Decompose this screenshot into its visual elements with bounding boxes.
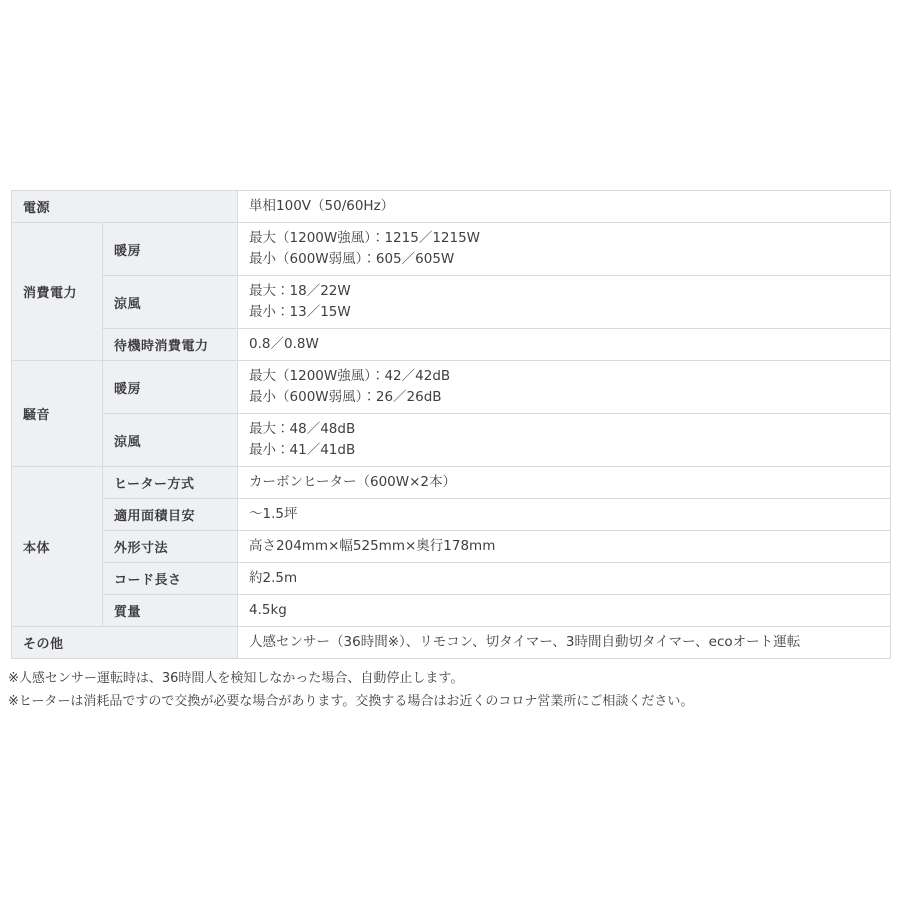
value-line: 最小（600W弱風）：605／605W — [249, 249, 880, 270]
value-line: 最小（600W弱風）：26／26dB — [249, 387, 880, 408]
row-value: 0.8／0.8W — [238, 329, 891, 361]
value-line: ～1.5坪 — [249, 504, 880, 525]
row-value: ～1.5坪 — [238, 499, 891, 531]
row-sub-label: 質量 — [103, 595, 238, 627]
page: 電源 単相100V（50/60Hz） 消費電力 暖房 最大（1200W強風）：1… — [0, 0, 900, 900]
row-group-label: 騒音 — [12, 361, 103, 467]
table-row: 涼風 最大：48／48dB 最小：41／41dB — [12, 414, 891, 467]
row-value: 4.5kg — [238, 595, 891, 627]
table-row: コード長さ 約2.5m — [12, 563, 891, 595]
row-value: カーボンヒーター（600W×2本） — [238, 467, 891, 499]
table-row: 質量 4.5kg — [12, 595, 891, 627]
row-sub-label: 暖房 — [103, 223, 238, 276]
value-line: 最大：48／48dB — [249, 419, 880, 440]
row-value: 最大：18／22W 最小：13／15W — [238, 276, 891, 329]
row-value: 約2.5m — [238, 563, 891, 595]
row-value: 最大（1200W強風）：1215／1215W 最小（600W弱風）：605／60… — [238, 223, 891, 276]
row-group-label: 電源 — [12, 191, 238, 223]
value-line: 4.5kg — [249, 600, 880, 621]
value-line: 約2.5m — [249, 568, 880, 589]
value-line: 0.8／0.8W — [249, 334, 880, 355]
value-line: 単相100V（50/60Hz） — [249, 196, 880, 217]
table-row: 外形寸法 高さ204mm×幅525mm×奥行178mm — [12, 531, 891, 563]
row-sub-label: 暖房 — [103, 361, 238, 414]
table-row: 消費電力 暖房 最大（1200W強風）：1215／1215W 最小（600W弱風… — [12, 223, 891, 276]
value-line: 最大：18／22W — [249, 281, 880, 302]
row-group-label: 本体 — [12, 467, 103, 627]
value-line: 最大（1200W強風）：1215／1215W — [249, 228, 880, 249]
row-sub-label: 外形寸法 — [103, 531, 238, 563]
spec-table-container: 電源 単相100V（50/60Hz） 消費電力 暖房 最大（1200W強風）：1… — [11, 190, 890, 659]
row-value: 最大（1200W強風）：42／42dB 最小（600W弱風）：26／26dB — [238, 361, 891, 414]
row-sub-label: ヒーター方式 — [103, 467, 238, 499]
value-line: 高さ204mm×幅525mm×奥行178mm — [249, 536, 880, 557]
table-row: 本体 ヒーター方式 カーボンヒーター（600W×2本） — [12, 467, 891, 499]
row-group-label: その他 — [12, 627, 238, 659]
row-value: 高さ204mm×幅525mm×奥行178mm — [238, 531, 891, 563]
row-sub-label: 適用面積目安 — [103, 499, 238, 531]
table-row: その他 人感センサー（36時間※）、リモコン、切タイマー、3時間自動切タイマー、… — [12, 627, 891, 659]
table-row: 騒音 暖房 最大（1200W強風）：42／42dB 最小（600W弱風）：26／… — [12, 361, 891, 414]
table-row: 待機時消費電力 0.8／0.8W — [12, 329, 891, 361]
row-sub-label: コード長さ — [103, 563, 238, 595]
row-value: 単相100V（50/60Hz） — [238, 191, 891, 223]
table-row: 涼風 最大：18／22W 最小：13／15W — [12, 276, 891, 329]
row-sub-label: 待機時消費電力 — [103, 329, 238, 361]
spec-table: 電源 単相100V（50/60Hz） 消費電力 暖房 最大（1200W強風）：1… — [11, 190, 891, 659]
row-value: 最大：48／48dB 最小：41／41dB — [238, 414, 891, 467]
row-sub-label: 涼風 — [103, 276, 238, 329]
footnote: ※人感センサー運転時は、36時間人を検知しなかった場合、自動停止します。 — [8, 668, 888, 691]
value-line: 最大（1200W強風）：42／42dB — [249, 366, 880, 387]
value-line: 人感センサー（36時間※）、リモコン、切タイマー、3時間自動切タイマー、ecoオ… — [249, 632, 880, 653]
value-line: カーボンヒーター（600W×2本） — [249, 472, 880, 493]
row-group-label: 消費電力 — [12, 223, 103, 361]
row-sub-label: 涼風 — [103, 414, 238, 467]
footnote: ※ヒーターは消耗品ですので交換が必要な場合があります。交換する場合はお近くのコロ… — [8, 691, 888, 714]
row-value: 人感センサー（36時間※）、リモコン、切タイマー、3時間自動切タイマー、ecoオ… — [238, 627, 891, 659]
value-line: 最小：13／15W — [249, 302, 880, 323]
footnotes: ※人感センサー運転時は、36時間人を検知しなかった場合、自動停止します。 ※ヒー… — [8, 668, 888, 713]
table-row: 電源 単相100V（50/60Hz） — [12, 191, 891, 223]
table-row: 適用面積目安 ～1.5坪 — [12, 499, 891, 531]
value-line: 最小：41／41dB — [249, 440, 880, 461]
